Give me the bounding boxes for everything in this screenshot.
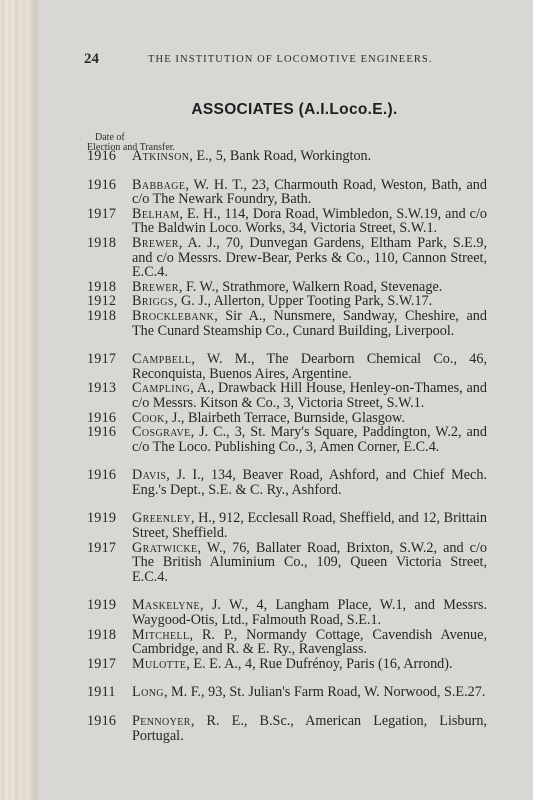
member-details: , J., Blairbeth Terrace, Burnside, Glasg… [165, 410, 405, 426]
list-item: 1912Briggs, G. J., Allerton, Upper Tooti… [87, 294, 487, 309]
election-year: 1916 [87, 425, 132, 440]
list-item: 1916Cook, J., Blairbeth Terrace, Burnsid… [87, 411, 487, 426]
list-item: 1916Cosgrave, J. C., 3, St. Mary's Squar… [87, 425, 487, 454]
member-surname: Brocklebank [132, 308, 214, 324]
list-item: 1916Babbage, W. H. T., 23, Charmouth Roa… [87, 178, 487, 207]
election-year: 1918 [87, 280, 132, 295]
member-surname: Babbage [132, 177, 185, 193]
election-year: 1912 [87, 294, 132, 309]
member-surname: Greenley [132, 510, 191, 526]
member-details: , E. E. A., 4, Rue Dufrénoy, Paris (16, … [186, 656, 452, 672]
entry-spacer [87, 164, 487, 178]
member-surname: Briggs [132, 293, 174, 309]
member-surname: Maskelyne [132, 597, 200, 613]
member-surname: Brewer [132, 279, 179, 295]
entry-spacer [87, 454, 487, 468]
book-page-edges [0, 0, 39, 800]
list-item: 1917Gratwicke, W., 76, Ballater Road, Br… [87, 541, 487, 585]
election-year: 1911 [87, 685, 132, 700]
member-details: , E. H., 114, Dora Road, Wimbledon, S.W.… [132, 206, 487, 237]
election-year: 1917 [87, 352, 132, 367]
entry-spacer [87, 338, 487, 352]
member-surname: Gratwicke [132, 540, 198, 556]
member-surname: Mulotte [132, 656, 186, 672]
list-item: 1916Davis, J. I., 134, Beaver Road, Ashf… [87, 468, 487, 497]
member-surname: Cook [132, 410, 165, 426]
member-details: , M. F., 93, St. Julian's Farm Road, W. … [164, 684, 485, 700]
member-details: , J. I., 134, Beaver Road, Ashford, and … [132, 467, 487, 498]
entry-spacer [87, 671, 487, 685]
member-details: , E., 5, Bank Road, Workington. [189, 148, 371, 164]
list-item: 1916Pennoyer, R. E., B.Sc., American Leg… [87, 714, 487, 743]
election-year: 1916 [87, 178, 132, 193]
member-details: , A. J., 70, Dunvegan Gardens, Eltham Pa… [132, 235, 487, 280]
list-item: 1913Campling, A., Drawback Hill House, H… [87, 381, 487, 410]
election-year: 1918 [87, 628, 132, 643]
list-item: 1917Mulotte, E. E. A., 4, Rue Dufrénoy, … [87, 657, 487, 672]
member-surname: Brewer [132, 235, 179, 251]
list-item: 1919Maskelyne, J. W., 4, Langham Place, … [87, 598, 487, 627]
list-item: 1918Mitchell, R. P., Normandy Cottage, C… [87, 628, 487, 657]
election-year: 1917 [87, 207, 132, 222]
member-surname: Belham [132, 206, 179, 222]
member-surname: Long [132, 684, 164, 700]
election-year: 1916 [87, 149, 132, 164]
list-item: 1918Brocklebank, Sir A., Nunsmere, Sandw… [87, 309, 487, 338]
election-year: 1918 [87, 236, 132, 251]
associates-list: 1916Atkinson, E., 5, Bank Road, Workingt… [87, 149, 487, 743]
entry-spacer [87, 497, 487, 511]
list-item: 1919Greenley, H., 912, Ecclesall Road, S… [87, 511, 487, 540]
election-year: 1918 [87, 309, 132, 324]
list-item: 1917Belham, E. H., 114, Dora Road, Wimbl… [87, 207, 487, 236]
election-year: 1916 [87, 714, 132, 729]
member-surname: Atkinson [132, 148, 189, 164]
election-year: 1919 [87, 598, 132, 613]
member-details: , F. W., Strathmore, Walkern Road, Steve… [179, 279, 442, 295]
member-surname: Pennoyer [132, 713, 191, 729]
election-year: 1919 [87, 511, 132, 526]
section-title: ASSOCIATES (A.I.Loco.E.). [0, 101, 533, 119]
member-surname: Davis [132, 467, 166, 483]
election-year: 1913 [87, 381, 132, 396]
member-surname: Campbell [132, 351, 191, 367]
list-item: 1917Campbell, W. M., The Dearborn Chemic… [87, 352, 487, 381]
running-title: THE INSTITUTION OF LOCOMOTIVE ENGINEERS. [148, 54, 433, 65]
list-item: 1911Long, M. F., 93, St. Julian's Farm R… [87, 685, 487, 700]
member-details: , W. H. T., 23, Charmouth Road, Weston, … [132, 177, 487, 208]
list-item: 1916Atkinson, E., 5, Bank Road, Workingt… [87, 149, 487, 164]
member-surname: Mitchell [132, 627, 189, 643]
list-item: 1918Brewer, F. W., Strathmore, Walkern R… [87, 280, 487, 295]
entry-spacer [87, 700, 487, 714]
member-surname: Campling [132, 380, 190, 396]
election-year: 1917 [87, 657, 132, 672]
member-details: , G. J., Allerton, Upper Tooting Park, S… [174, 293, 432, 309]
election-year: 1916 [87, 468, 132, 483]
member-surname: Cosgrave [132, 424, 191, 440]
election-year: 1917 [87, 541, 132, 556]
election-year: 1916 [87, 411, 132, 426]
entry-spacer [87, 584, 487, 598]
page-number: 24 [84, 51, 99, 68]
list-item: 1918Brewer, A. J., 70, Dunvegan Gardens,… [87, 236, 487, 280]
